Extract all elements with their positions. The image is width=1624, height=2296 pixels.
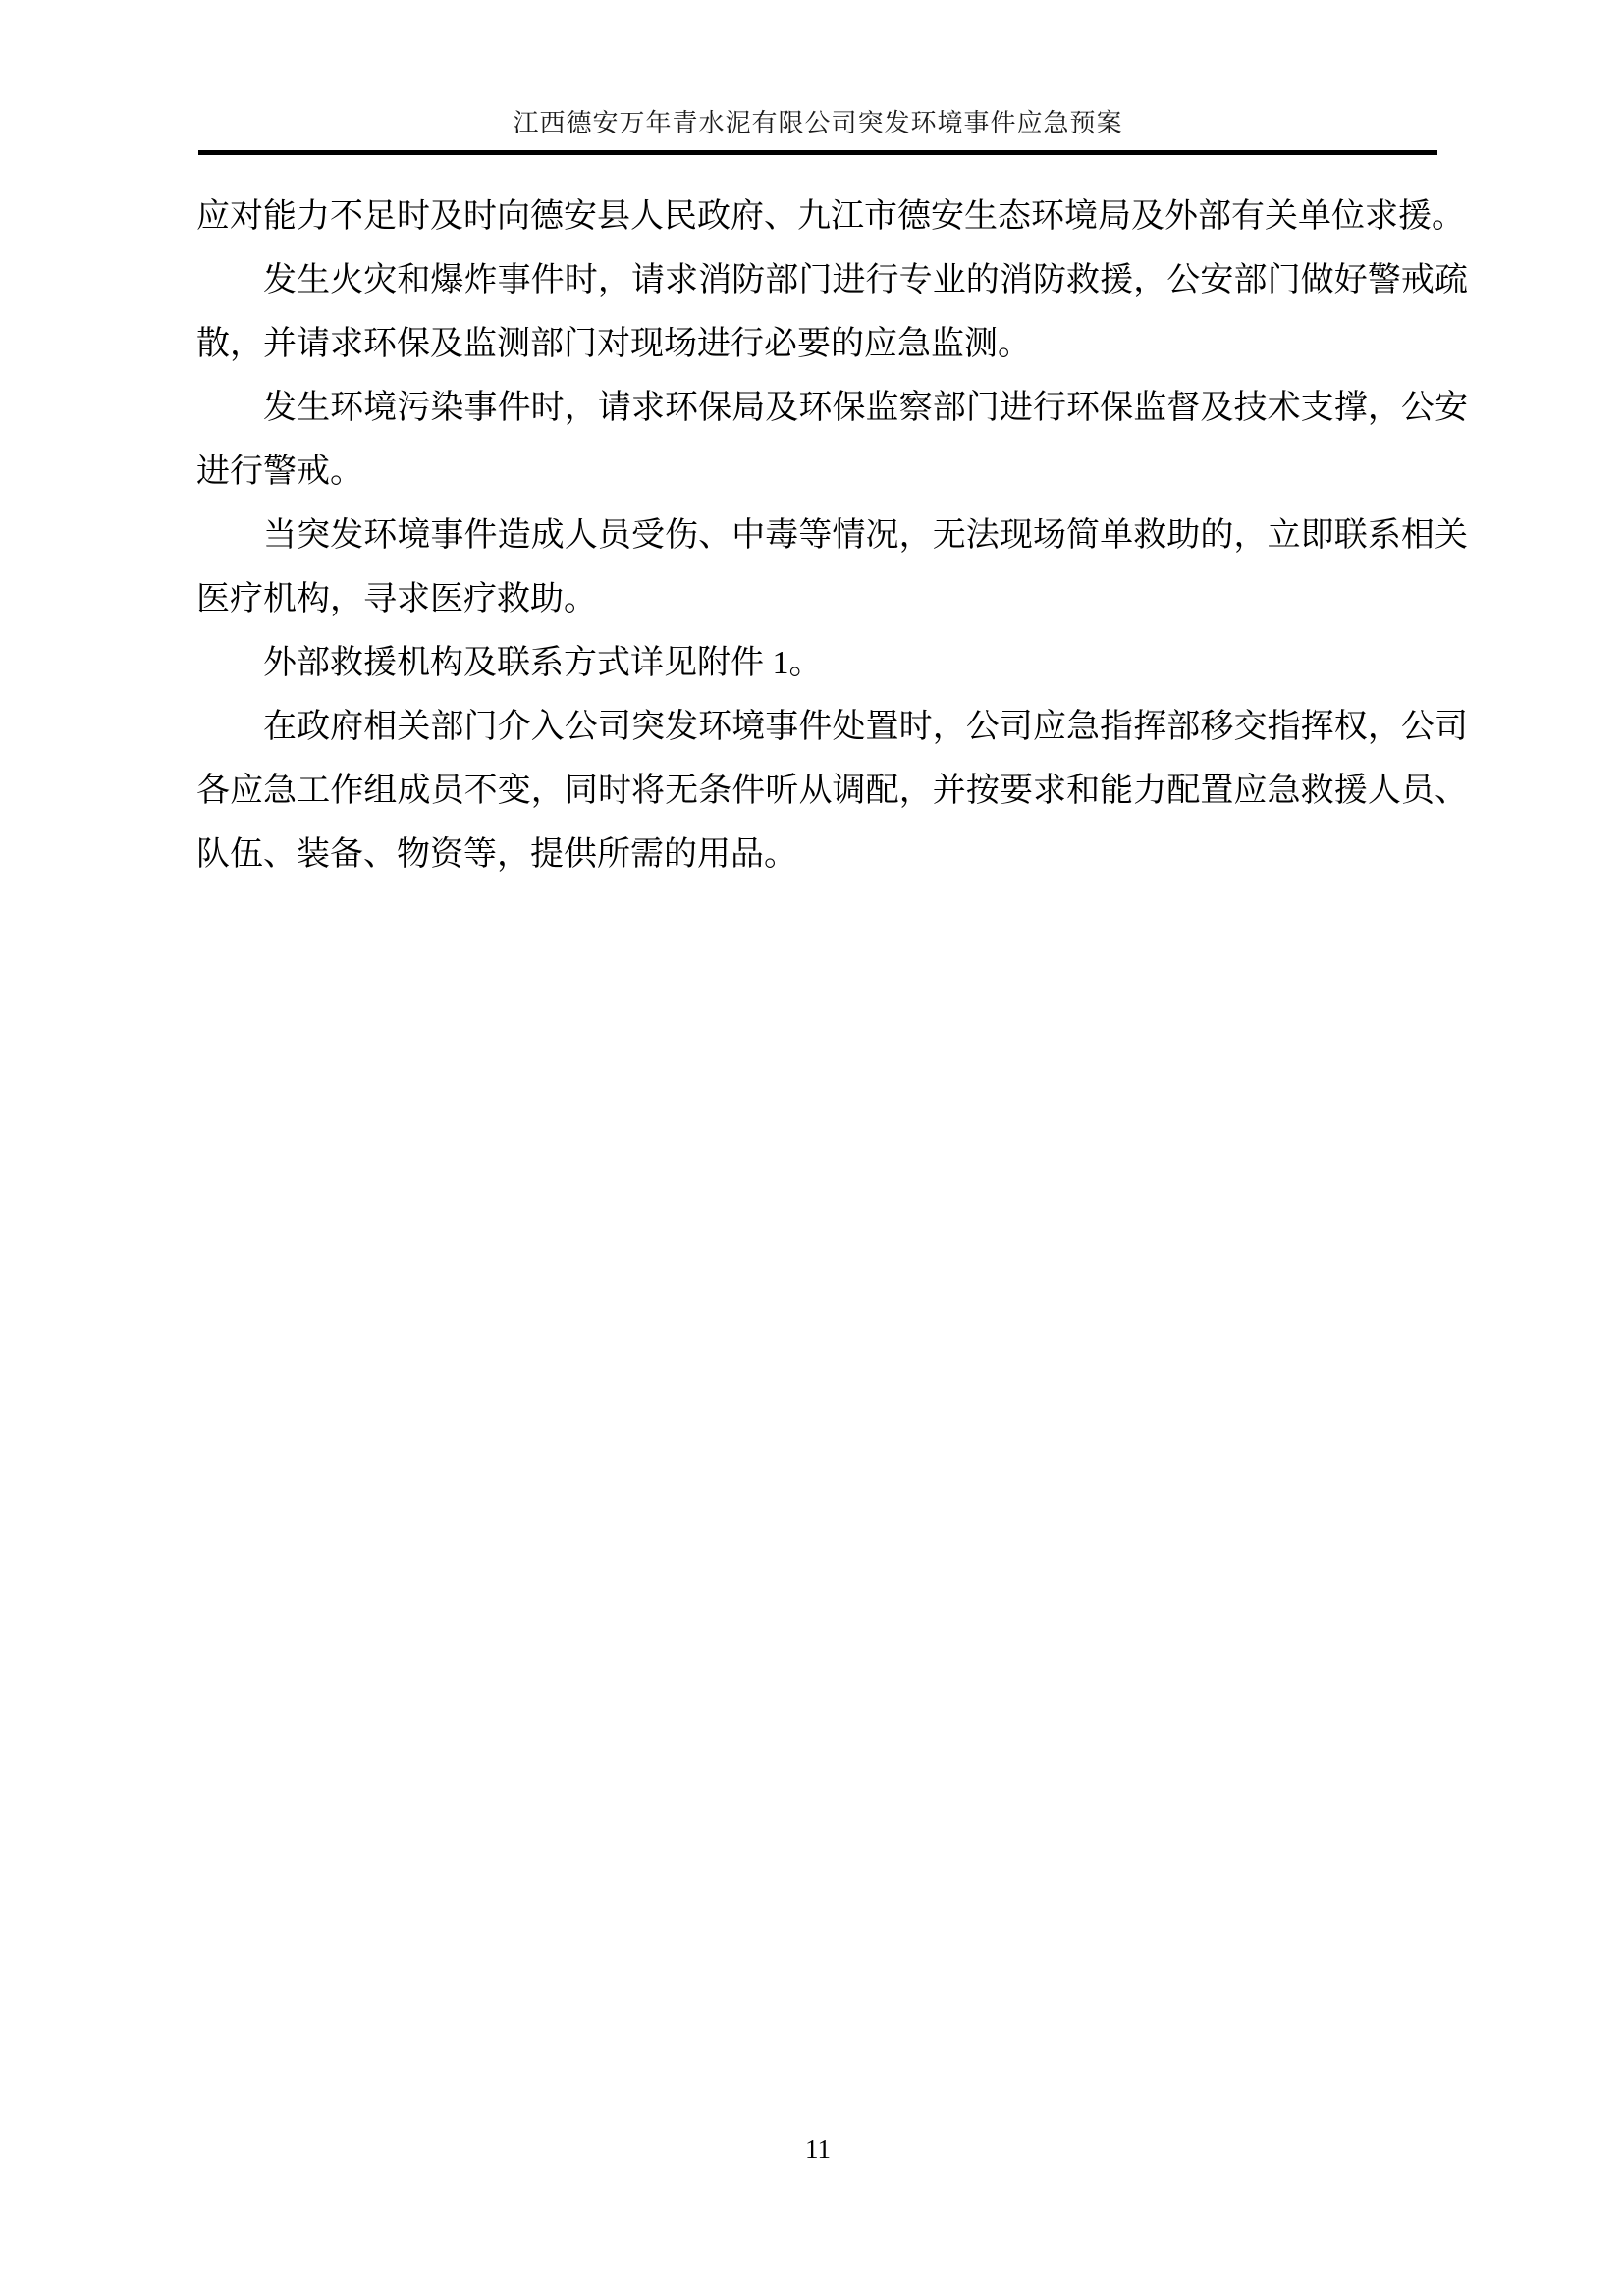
paragraph: 外部救援机构及联系方式详见附件 1。 [196, 631, 1468, 695]
header-title: 江西德安万年青水泥有限公司突发环境事件应急预案 [513, 109, 1122, 137]
document-body: 应对能力不足时及时向德安县人民政府、九江市德安生态环境局及外部有关单位求援。 发… [196, 185, 1468, 886]
paragraph: 应对能力不足时及时向德安县人民政府、九江市德安生态环境局及外部有关单位求援。 [196, 185, 1468, 248]
paragraph: 当突发环境事件造成人员受伤、中毒等情况，无法现场简单救助的，立即联系相关医疗机构… [196, 504, 1468, 631]
document-page: 江西德安万年青水泥有限公司突发环境事件应急预案 应对能力不足时及时向德安县人民政… [0, 0, 1624, 2296]
document-header: 江西德安万年青水泥有限公司突发环境事件应急预案 [198, 106, 1437, 155]
page-number-footer: 11 [198, 2132, 1437, 2165]
paragraph: 在政府相关部门介入公司突发环境事件处置时，公司应急指挥部移交指挥权，公司各应急工… [196, 695, 1468, 886]
paragraph: 发生环境污染事件时，请求环保局及环保监察部门进行环保监督及技术支撑，公安进行警戒… [196, 376, 1468, 504]
page-number: 11 [805, 2134, 831, 2163]
paragraph: 发生火灾和爆炸事件时，请求消防部门进行专业的消防救援，公安部门做好警戒疏散，并请… [196, 248, 1468, 376]
